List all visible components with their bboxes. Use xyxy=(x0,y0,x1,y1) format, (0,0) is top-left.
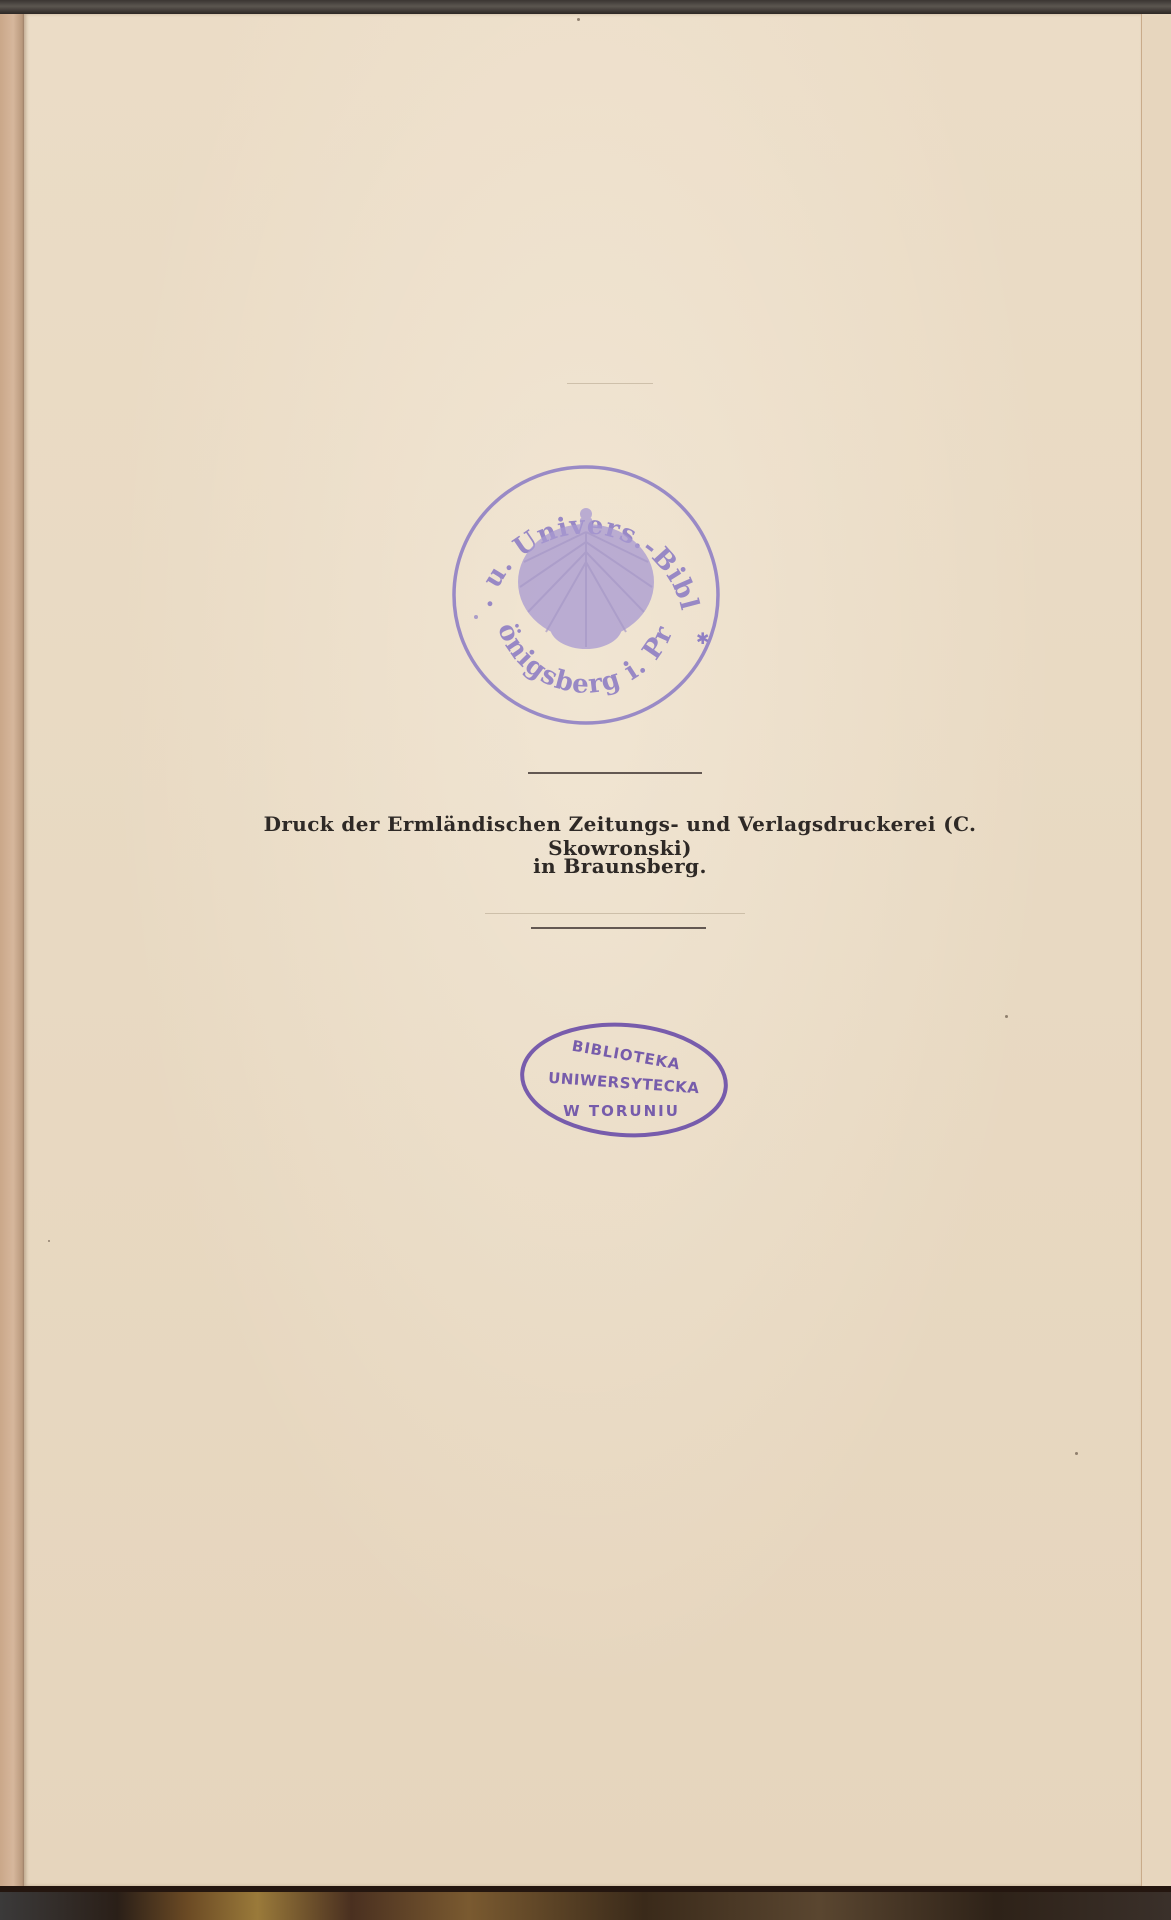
binding-strip xyxy=(0,14,24,1886)
stamp-oval-line3: W TORUNIU xyxy=(563,1102,680,1120)
book-cover-bottom-edge xyxy=(0,1886,1171,1920)
rule-below-imprint xyxy=(531,927,706,929)
imprint-printer-line: Druck der Ermländischen Zeitungs- und Ve… xyxy=(220,812,1020,860)
rule-above-imprint xyxy=(528,772,702,774)
paper-speck xyxy=(1005,1015,1008,1018)
book-page xyxy=(24,14,1141,1886)
stamp-oval-line1: BIBLIOTEKA xyxy=(571,1037,683,1074)
paper-speck xyxy=(48,1240,50,1242)
library-stamp-koenigsberg: Königl. u. Univers.-Bibliothek Königsber… xyxy=(450,462,722,728)
library-stamp-torun: BIBLIOTEKA UNIWERSYTECKA W TORUNIU xyxy=(514,1013,734,1147)
imprint-place-line: in Braunsberg. xyxy=(220,854,1020,878)
paper-speck xyxy=(1075,1452,1078,1455)
faint-rule-below-imprint xyxy=(485,913,745,914)
paper-speck xyxy=(577,18,580,21)
star-icon: ✱ xyxy=(696,629,709,648)
faint-rule-top xyxy=(567,383,653,384)
book-cover-top-edge xyxy=(0,0,1171,14)
dot-icon xyxy=(474,615,478,619)
page-fold-edge xyxy=(1141,14,1171,1886)
